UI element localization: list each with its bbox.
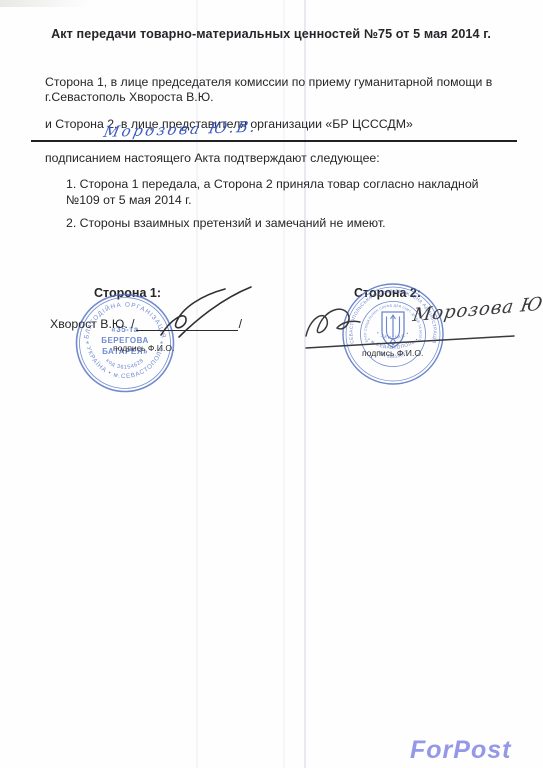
forpost-watermark: ForPost: [410, 736, 511, 765]
stamp1-code-textpath: код 36154628: [105, 358, 146, 371]
party1-signature-scribble: [155, 283, 283, 341]
stamp1-star-left: *: [86, 340, 89, 349]
document-title: Акт передачи товарно-материальных ценнос…: [10, 27, 532, 41]
scanned-document-page: Акт передачи товарно-материальных ценнос…: [0, 0, 543, 768]
list-item-1: 1. Сторона 1 передала, а Сторона 2 приня…: [66, 177, 484, 208]
horizontal-rule: [31, 140, 517, 142]
party1-name: Хворост В.Ю. /: [50, 317, 135, 331]
paragraph-confirmation: подписанием настоящего Акта подтверждают…: [45, 151, 525, 166]
scan-streak: [283, 0, 285, 768]
paragraph-party1: Сторона 1, в лице председателя комиссии …: [45, 75, 500, 105]
party1-signature-caption: подпись Ф.И.О.: [113, 343, 174, 353]
stamp1-code-text: код 36154628: [105, 358, 146, 371]
party1-heading: Сторона 1:: [94, 286, 161, 300]
party2-signature-caption: подпись Ф.И.О.: [362, 348, 423, 358]
scan-streak: [196, 0, 198, 768]
list-item-2: 2. Стороны взаимных претензий и замечани…: [66, 216, 506, 232]
scan-corner-shadow: [0, 0, 90, 7]
